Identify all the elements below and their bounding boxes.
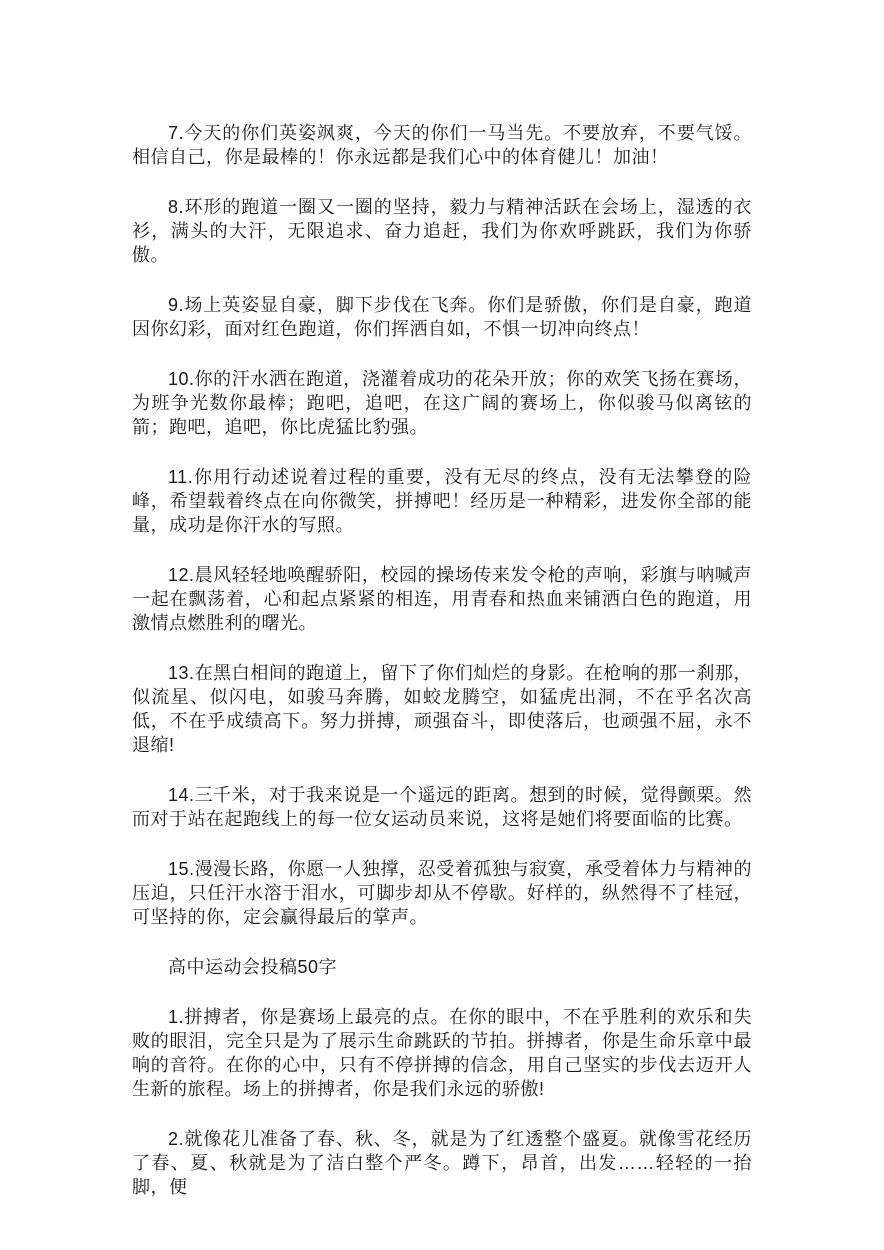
text-content: 7.今天的你们英姿飒爽，今天的你们一马当先。不要放弃，不要气馁。相信自己，你是最… bbox=[132, 0, 752, 1199]
paragraph-13: 13.在黑白相间的跑道上，留下了你们灿烂的身影。在枪响的那一刹那，似流星、似闪电… bbox=[132, 661, 752, 757]
paragraph-8: 8.环形的跑道一圈又一圈的坚持，毅力与精神活跃在会场上，湿透的衣衫，满头的大汗，… bbox=[132, 195, 752, 267]
paragraph-11: 11.你用行动述说着过程的重要，没有无尽的终点，没有无法攀登的险峰，希望载着终点… bbox=[132, 465, 752, 537]
paragraph-1: 1.拼搏者，你是赛场上最亮的点。在你的眼中，不在乎胜利的欢乐和失败的眼泪，完全只… bbox=[132, 1005, 752, 1101]
paragraph-10: 10.你的汗水洒在跑道，浇灌着成功的花朵开放；你的欢笑飞扬在赛场，为班争光数你最… bbox=[132, 367, 752, 439]
paragraph-2: 2.就像花儿准备了春、秋、冬，就是为了红透整个盛夏。就像雪花经历了春、夏、秋就是… bbox=[132, 1127, 752, 1199]
paragraph-14: 14.三千米，对于我来说是一个遥远的距离。想到的时候，觉得颤栗。然而对于站在起跑… bbox=[132, 783, 752, 831]
paragraph-9: 9.场上英姿显自豪，脚下步伐在飞奔。你们是骄傲，你们是自豪，跑道因你幻彩，面对红… bbox=[132, 293, 752, 341]
paragraph-7: 7.今天的你们英姿飒爽，今天的你们一马当先。不要放弃，不要气馁。相信自己，你是最… bbox=[132, 121, 752, 169]
paragraph-15: 15.漫漫长路，你愿一人独撑，忍受着孤独与寂寞，承受着体力与精神的压迫，只任汗水… bbox=[132, 857, 752, 929]
paragraph-12: 12.晨风轻轻地唤醒骄阳，校园的操场传来发令枪的声响，彩旗与呐喊声一起在飘荡着，… bbox=[132, 563, 752, 635]
section-heading: 高中运动会投稿50字 bbox=[132, 955, 752, 979]
document-page: 7.今天的你们英姿飒爽，今天的你们一马当先。不要放弃，不要气馁。相信自己，你是最… bbox=[0, 0, 884, 1250]
